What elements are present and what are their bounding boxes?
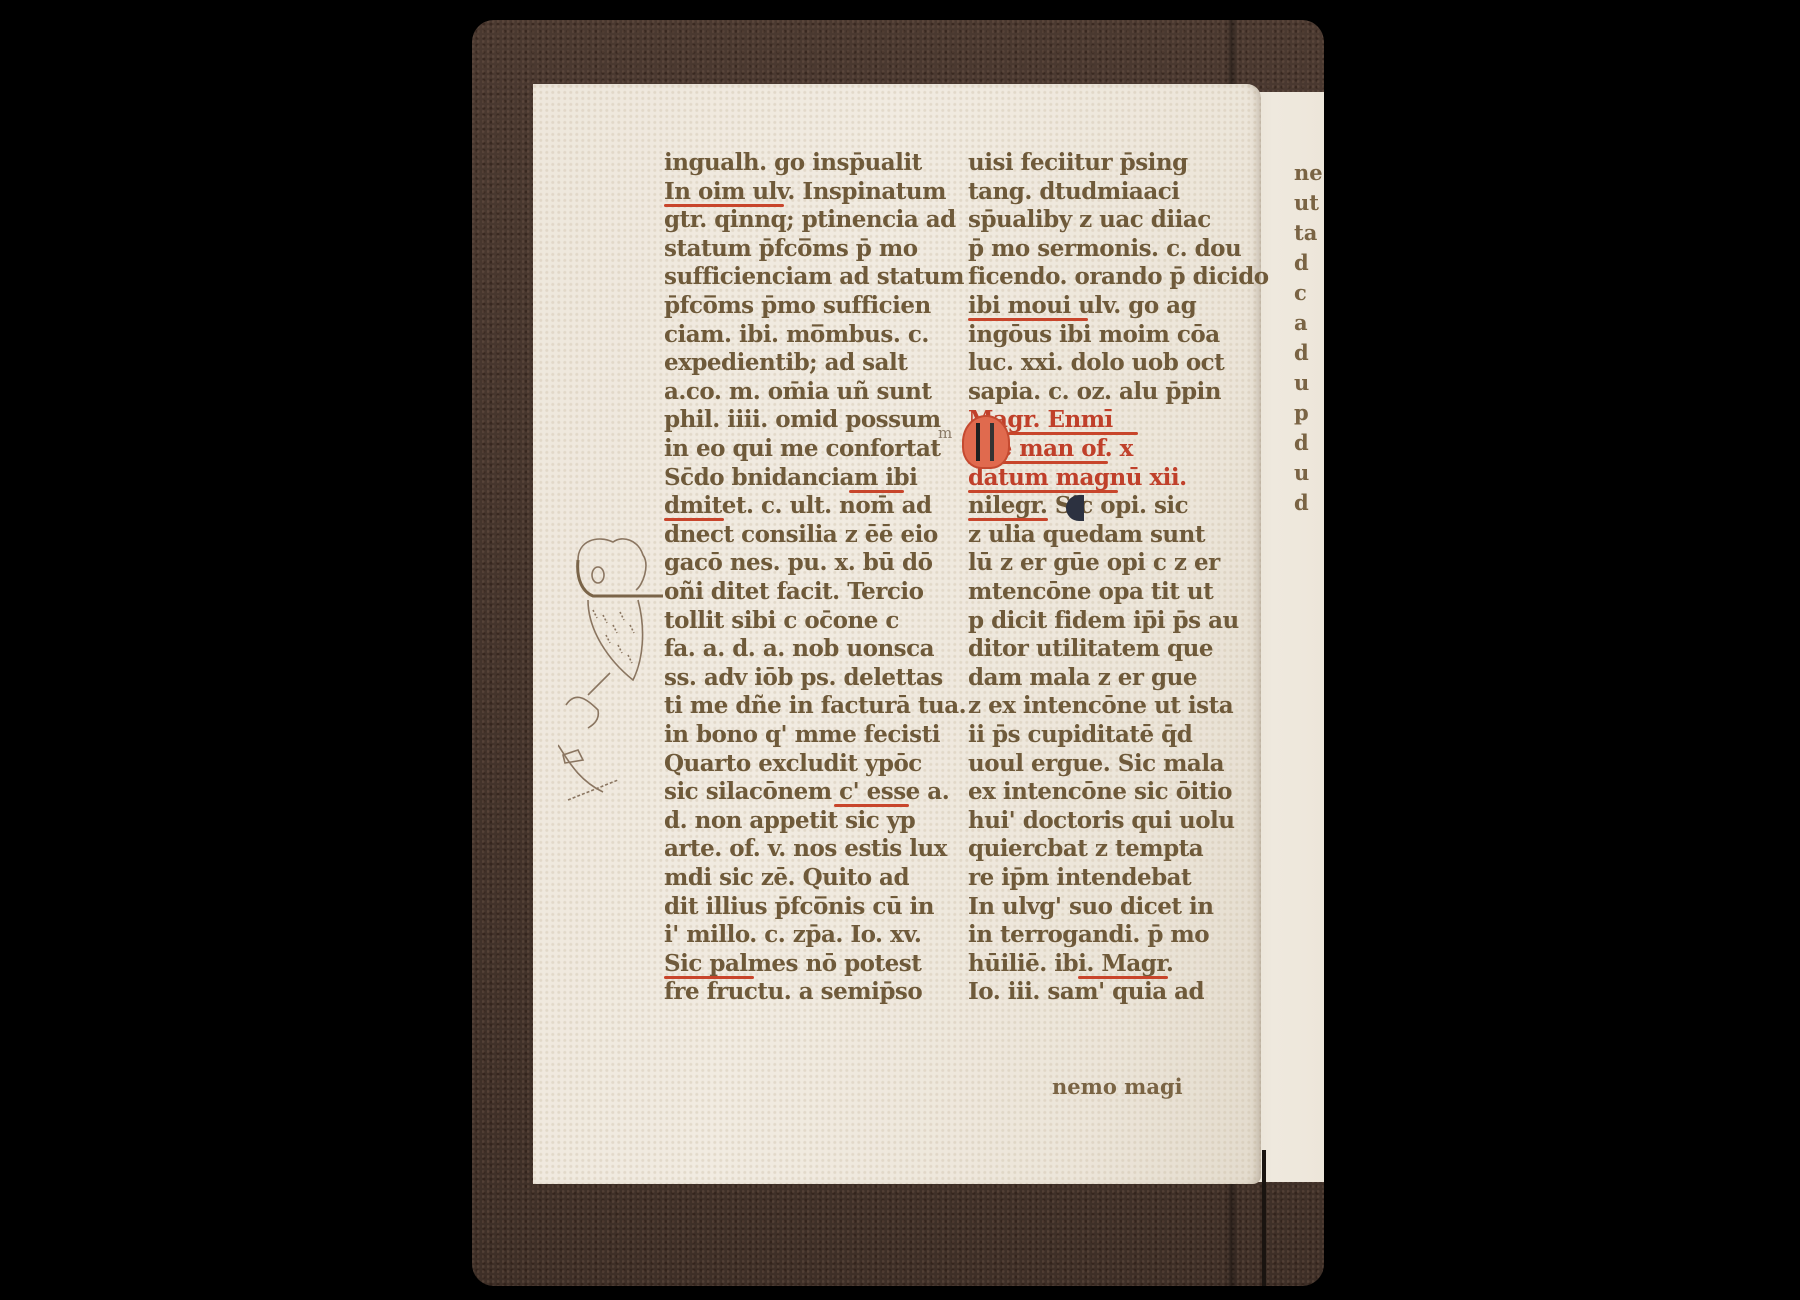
rubric-underline <box>664 518 724 521</box>
text-line: d. non appetit sic yp <box>664 806 915 836</box>
facing-text-fragment: c <box>1294 280 1307 305</box>
text-line: gacō nes. pu. x. bū dō <box>664 548 932 578</box>
text-line: hui' doctoris qui uolu <box>968 806 1235 836</box>
text-line: lū z er gūe opi c z er <box>968 548 1220 578</box>
rubric-underline <box>968 518 1048 521</box>
text-line: ss. adv iōb ps. delettas <box>664 663 943 693</box>
text-line: sufficienciam ad statum <box>664 262 964 292</box>
text-line: p̄ mo sermonis. c. dou <box>968 234 1241 264</box>
text-line: Io. iii. sam' quia ad <box>968 977 1204 1007</box>
text-line: quiercbat z tempta <box>968 834 1203 864</box>
facing-text-fragment: ne <box>1294 160 1323 185</box>
text-line: tang. dtudmiaaci <box>968 177 1179 207</box>
facing-text-fragment: p <box>1294 400 1309 425</box>
text-line: ciam. ibi. mo̅mbus. c. <box>664 320 929 350</box>
text-line: sp̄ualiby z uac diiac <box>968 205 1211 235</box>
rubric-underline <box>1078 976 1168 979</box>
text-line: tollit sibi c oc̄one c <box>664 606 899 636</box>
text-line: In ulvg' suo dicet in <box>968 892 1214 922</box>
margin-mark: m <box>938 424 952 442</box>
text-line: luc. xxi. dolo uob oct <box>968 348 1224 378</box>
gutter-line <box>1262 1150 1266 1286</box>
facing-text-fragment: d <box>1294 430 1309 455</box>
text-line: ingōus ibi moim cōa <box>968 320 1220 350</box>
text-line: p̄fco̅ms p̄mo sufficien <box>664 291 931 321</box>
facing-text-fragment: d <box>1294 340 1309 365</box>
facing-text-fragment: d <box>1294 490 1309 515</box>
text-line: fa. a. d. a. nob uonsca <box>664 634 934 664</box>
text-line: statum p̄fco̅ms p̄ mo <box>664 234 918 264</box>
facing-text-fragment: a <box>1294 310 1308 335</box>
text-line: uoul ergue. Sic mala <box>968 749 1224 779</box>
text-line: arte. of. v. nos estis lux <box>664 834 947 864</box>
rubric-underline <box>664 204 784 207</box>
text-line: ditor utilitatem que <box>968 634 1213 664</box>
left-text-column: ingualh. go insp̄ualitIn oim ulv. Inspin… <box>664 148 944 1048</box>
text-line: mtencōne opa tit ut <box>968 577 1213 607</box>
rubric-underline <box>664 976 754 979</box>
text-line: z ex intencōne ut ista <box>968 691 1233 721</box>
rubric-underline <box>968 490 1118 493</box>
rubric-underline <box>968 318 1088 321</box>
text-line: expedientib; ad salt <box>664 348 907 378</box>
margin-drawing-icon <box>558 530 668 810</box>
right-text-column: uisi feciitur p̄singtang. dtudmiaacisp̄u… <box>968 148 1218 1048</box>
text-line: fre fructu. a semip̄so <box>664 977 922 1007</box>
text-line: p dicit fidem ip̄i p̄s au <box>968 606 1239 636</box>
text-line: dam mala z er gue <box>968 663 1197 693</box>
facing-text-fragment: d <box>1294 250 1309 275</box>
text-line: ex intencōne sic ōitio <box>968 777 1232 807</box>
text-line: ingualh. go insp̄ualit <box>664 148 922 178</box>
facing-text-fragment: ut <box>1294 190 1319 215</box>
text-line: mdi sic zē. Quito ad <box>664 863 909 893</box>
text-line: z ulia quedam sunt <box>968 520 1205 550</box>
text-line: in bono q' mme fecisti <box>664 720 940 750</box>
text-line: hūiliē. ibi. Magr. <box>968 949 1173 979</box>
text-line: in eo qui me confortat <box>664 434 941 464</box>
text-line: In oim ulv. Inspinatum <box>664 177 946 207</box>
text-line: dit illius p̄fco̅nis cū in <box>664 892 934 922</box>
text-line: uisi feciitur p̄sing <box>968 148 1188 178</box>
facing-text-fragment: ta <box>1294 220 1317 245</box>
facing-text-fragment: u <box>1294 460 1309 485</box>
text-line: in terrogandi. p̄ mo <box>968 920 1209 950</box>
rubric-underline <box>1008 432 1138 435</box>
red-initial-m <box>962 415 1010 469</box>
text-line: a.co. m. om̄ia uñ sunt <box>664 377 932 407</box>
rubric-underline <box>849 490 904 493</box>
text-line: Sic palmes nō potest <box>664 949 921 979</box>
text-line: oñi ditet facit. Tercio <box>664 577 924 607</box>
text-line: datum magnū xii. <box>968 463 1187 493</box>
rubric-underline <box>834 804 909 807</box>
text-line: Sc̄do bnidanciam ibi <box>664 463 917 493</box>
text-line: re ip̄m intendebat <box>968 863 1191 893</box>
text-line: ti me dñe in facturā tua. <box>664 691 966 721</box>
text-line: dmitet. c. ult. nom̄ ad <box>664 491 932 521</box>
text-line: ii p̄s cupiditatē q̄d <box>968 720 1192 750</box>
text-line: sic silacōnem c' esse a. <box>664 777 949 807</box>
text-line: ibi moui ulv. go ag <box>968 291 1196 321</box>
text-line: sapia. c. oz. alu p̄pin <box>968 377 1221 407</box>
text-line: Quarto excludit ypōc <box>664 749 922 779</box>
catchword: nemo magi <box>1052 1074 1183 1099</box>
text-line: gtr. qinnq; ptinencia ad <box>664 205 956 235</box>
text-line: phil. iiii. omid possum <box>664 405 941 435</box>
facing-text-fragment: u <box>1294 370 1309 395</box>
text-line: dnect consilia z ēē eio <box>664 520 938 550</box>
text-line: i' millo. c. zp̄a. Io. xv. <box>664 920 921 950</box>
text-line: ficendo. orando p̄ dicido <box>968 262 1269 292</box>
